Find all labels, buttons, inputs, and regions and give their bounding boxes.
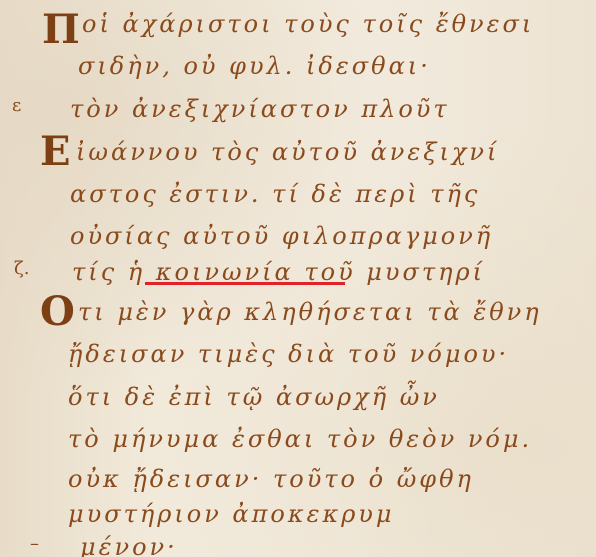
margin-note-zeta: ζ. xyxy=(14,258,29,279)
text-line-13: μυστήριον ἀποκεκρυμ xyxy=(68,500,395,528)
text-line-8: τι μὲν γὰρ κληθήσεται τὰ ἔθνη xyxy=(78,298,542,326)
text-line-14: μένον· xyxy=(80,533,178,557)
text-line-9: ᾔδεισαν τιμὲς διὰ τοῦ νόμου· xyxy=(68,340,509,368)
text-line-1: οἱ ἀχάριστοι τοὺς τοῖς ἔθνεσι xyxy=(82,10,534,38)
text-line-12: οὐκ ᾔδεισαν· τοῦτο ὁ ὤφθη xyxy=(68,465,474,493)
initial-pi: Π xyxy=(42,6,80,53)
margin-note-e: ε xyxy=(12,95,21,116)
text-line-10: ὅτι δὲ ἐπὶ τῷ ἀσωρχῆ ὦν xyxy=(68,383,440,411)
text-line-6: οὐσίας αὐτοῦ φιλοπραγμονῆ xyxy=(70,222,493,250)
text-line-2: σιδὴν, οὐ φυλ. ἰδεσθαι· xyxy=(78,52,431,80)
text-line-5: αστος ἐστιν. τί δὲ περὶ τῆς xyxy=(70,180,480,208)
initial-epsilon: Ε xyxy=(40,128,71,175)
margin-note-dash: – xyxy=(30,533,39,554)
text-line-3: τὸν ἀνεξιχνίαστον πλοῦτ xyxy=(70,95,450,123)
highlight-underline xyxy=(145,282,345,285)
initial-omicron: Ο xyxy=(40,288,75,335)
text-line-11: τὸ μήνυμα ἐσθαι τὸν θεὸν νόμ. xyxy=(68,425,532,453)
manuscript-page: Π οἱ ἀχάριστοι τοὺς τοῖς ἔθνεσι σιδὴν, ο… xyxy=(0,0,596,557)
text-line-4: ἰωάννου τὸς αὐτοῦ ἀνεξιχνί xyxy=(76,138,499,166)
